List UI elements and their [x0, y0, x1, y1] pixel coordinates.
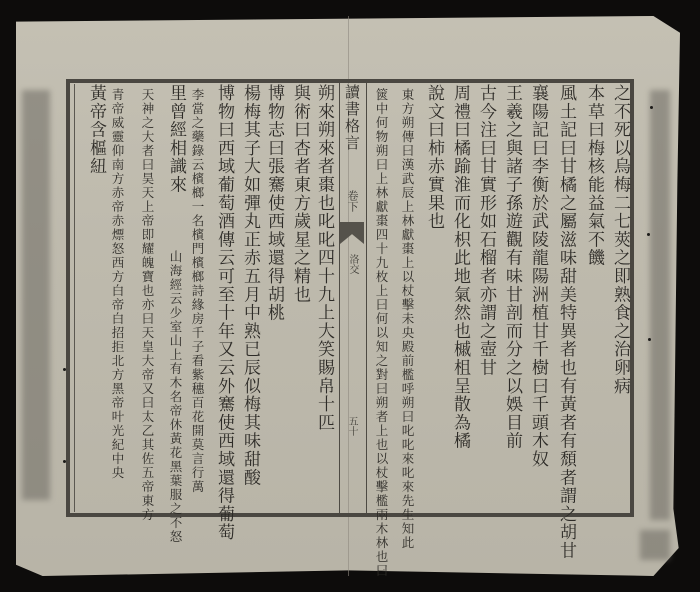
text-column: 黃帝含樞紐	[86, 84, 106, 176]
margin-mark	[63, 460, 66, 463]
edge-stain-left	[22, 90, 50, 500]
text-column: 與術曰杏者東方歲星之精也	[290, 84, 310, 304]
text-column: 青帝威靈仰南方赤帝赤熛怒西方白帝白招拒北方黑帝叶光紀中央	[110, 88, 124, 480]
text-column: 古今注曰甘實形如石榴者亦謂之壺甘	[476, 84, 496, 377]
margin-mark	[63, 368, 66, 371]
text-column: 博物曰西域葡萄酒傳云可至十年又云外騫使西域還得葡萄	[214, 84, 234, 542]
text-column: 之不死以烏梅二七莢之即熟食之治卵病	[610, 84, 630, 395]
text-column: 博物志曰張騫使西域還得胡桃	[264, 84, 284, 322]
inner-border-line	[74, 84, 75, 512]
edge-stain-bottom-right	[640, 530, 670, 560]
margin-mark	[650, 106, 653, 109]
text-column: 天神之大者曰昊天上帝即耀魄寶也亦曰天皇大帝又曰太乙其佐五帝東方	[140, 88, 154, 522]
text-column: 東方朔傳曰漢武辰上林獻棗上以杖擊未央殿前檻呼朔曰叱叱來叱來先生知此	[400, 88, 414, 550]
text-column: 說文曰柿赤實果也	[424, 84, 444, 230]
section-label: 洛交	[345, 254, 360, 274]
volume-label: 卷下	[344, 190, 360, 212]
text-column: 本草曰梅核能益氣不饑	[584, 84, 604, 267]
text-column: 王羲之與諸子孫遊觀有味甘剖而分之以娛目前	[502, 84, 522, 450]
text-column: 李當之藥錄云檳榔一名檳門檳榔詩緣房千子看紫穗百花開莫言行萬	[190, 88, 204, 494]
scanned-page: 讀書格言 卷下 洛交 五十 之不死以烏梅二七莢之即熟食之治卵病 本草曰梅核能益氣…	[0, 0, 700, 592]
edge-stain-right	[650, 90, 670, 520]
annotation-note: 山海經云少室山上有木名帝休黃花黑葉服之不怒	[168, 250, 182, 544]
text-column: 襄陽記曰李衡於武陵龍陽洲植甘千樹曰千頭木奴	[528, 84, 548, 468]
text-column: 楊梅其子大如彈丸正赤五月中熟已辰似梅其味甜酸	[240, 84, 260, 487]
text-column: 朔來朔來者棗也叱叱四十九上大笑賜帛十匹	[314, 84, 334, 432]
text-column: 風土記曰甘橘之屬滋味甜美特異者也有黃者有頹者謂之胡甘	[556, 84, 576, 560]
text-column: 周禮曰橘踰淮而化枳此地氣然也槭柤呈散為橘	[450, 84, 470, 450]
text-column: 里曾經相識來	[166, 84, 186, 194]
page-number: 五十	[344, 416, 359, 436]
margin-mark	[648, 338, 651, 341]
book-title: 讀書格言	[342, 84, 363, 152]
margin-mark	[647, 233, 650, 236]
text-column: 篋中何物朔曰上林獻棗四十九枚上曰何以知之對曰朔者上也以杖擊檻兩木林也曰	[374, 88, 388, 578]
